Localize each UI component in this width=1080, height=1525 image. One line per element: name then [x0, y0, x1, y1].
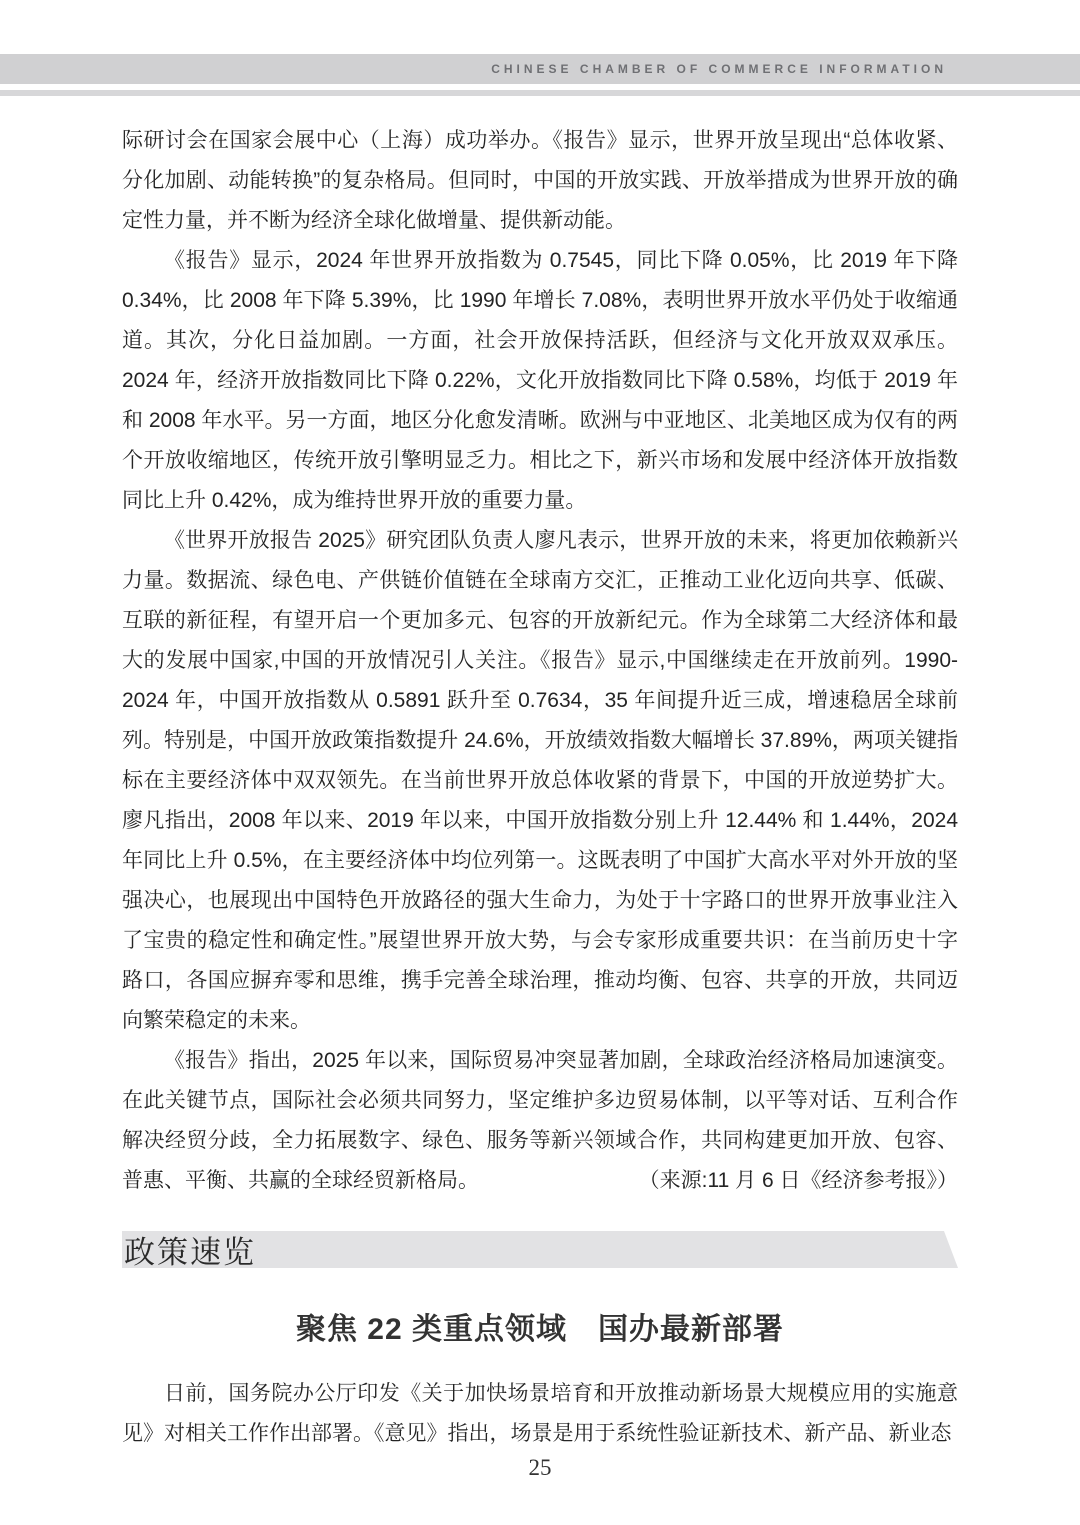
paragraph: 《报告》显示，2024 年世界开放指数为 0.7545，同比下降 0.05%，比…: [122, 241, 958, 521]
header-band: CHINESE CHAMBER OF COMMERCE INFORMATION: [0, 54, 1080, 84]
page-number: 25: [0, 1455, 1080, 1481]
paragraph: 《报告》指出，2025 年以来，国际贸易冲突显著加剧，全球政治经济格局加速演变。…: [122, 1041, 958, 1201]
paragraph: 日前，国务院办公厅印发《关于加快场景培育和开放推动新场景大规模应用的实施意见》对…: [122, 1374, 958, 1454]
paragraph: 际研讨会在国家会展中心（上海）成功举办。《报告》显示，世界开放呈现出“总体收紧、…: [122, 121, 958, 241]
section-header-bar: 政策速览: [122, 1231, 958, 1268]
paragraph: 《世界开放报告 2025》研究团队负责人廖凡表示，世界开放的未来，将更加依赖新兴…: [122, 521, 958, 1041]
article2-body: 日前，国务院办公厅印发《关于加快场景培育和开放推动新场景大规模应用的实施意见》对…: [122, 1374, 958, 1454]
document-page: CHINESE CHAMBER OF COMMERCE INFORMATION …: [0, 0, 1080, 1525]
header-band-thin: [0, 90, 1080, 96]
article2-title: 聚焦 22 类重点领域 国办最新部署: [122, 1304, 958, 1348]
article-area: 际研讨会在国家会展中心（上海）成功举办。《报告》显示，世界开放呈现出“总体收紧、…: [122, 121, 958, 1454]
source-attribution: （来源:11 月 6 日《经济参考报》）: [597, 1161, 958, 1201]
section-title: 政策速览: [122, 1227, 256, 1272]
article1-body: 际研讨会在国家会展中心（上海）成功举办。《报告》显示，世界开放呈现出“总体收紧、…: [122, 121, 958, 1201]
header-banner-text: CHINESE CHAMBER OF COMMERCE INFORMATION: [491, 62, 947, 76]
